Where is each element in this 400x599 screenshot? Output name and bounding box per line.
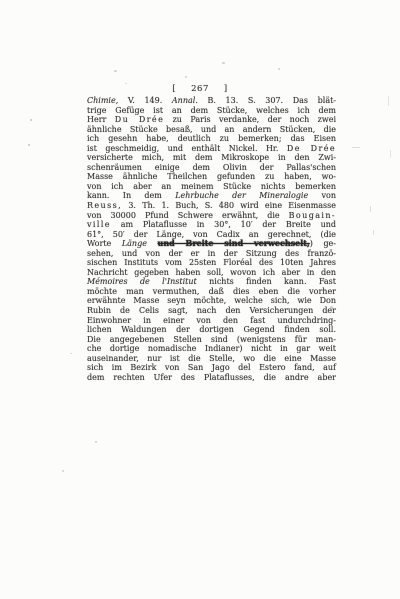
text-segment: sich im Bezirk von San Jago del Estero f…: [87, 363, 336, 372]
margin-smudge: [352, 147, 360, 148]
text-segment: Rubin de Celis sagt, nach den Versicheru…: [87, 306, 336, 315]
text-segment: Nachricht gegeben haben soll, wovon ich …: [87, 268, 336, 277]
text-segment: und Breite sind verwechselt,: [158, 238, 310, 248]
text-segment: ich gesehn habe, deutlich zu bemerken; d…: [87, 134, 336, 143]
ink-speck: [330, 306, 333, 309]
page-header: [267]: [0, 84, 400, 94]
header-bracket-close: ]: [224, 84, 228, 94]
text-line: Nachricht gegeben haben soll, wovon ich …: [87, 268, 336, 278]
text-line: ich gesehn habe, deutlich zu bemerken; d…: [87, 134, 336, 144]
text-line: kann. In dem Lehrbuche der Mineralogie v…: [87, 191, 336, 201]
text-segment: Masse ähnliche Theilchen gefunden zu hab…: [87, 172, 336, 181]
text-line: auseinander, nur ist die Stelle, wo die …: [87, 354, 336, 364]
scanned-book-page: [267] Chimie, V. 149. Annal. B. 13. S. 3…: [0, 0, 400, 599]
text-line: dem rechten Ufer des Plataflusses, die a…: [87, 373, 336, 383]
ink-speck: [278, 68, 280, 70]
text-segment: von 30000 Pfund Schwere erwähnt, die: [87, 211, 289, 220]
text-line: lichen Waldungen der dortigen Gegend fin…: [87, 325, 336, 335]
text-line: Rubin de Celis sagt, nach den Versicheru…: [87, 306, 336, 316]
ink-speck: [95, 441, 97, 443]
text-segment: am Plataflusse in 30°, 10′ der Breite un…: [111, 220, 336, 229]
text-line: von 30000 Pfund Schwere erwähnt, die Bou…: [87, 211, 336, 221]
text-segment: De Drée: [287, 144, 336, 153]
text-segment: Du Drée: [115, 115, 164, 124]
text-segment: Annal.: [172, 96, 198, 105]
page-edge-mark: [390, 150, 391, 158]
text-line: möchte man vermuthen, daß dies eben die …: [87, 287, 336, 297]
text-line: Die angegebenen Stellen sind (wenigstens…: [87, 335, 336, 345]
text-line: schenräumen einige dem Olivin der Pallas…: [87, 163, 336, 173]
text-segment: ) ge-: [310, 239, 336, 248]
text-line: erwähnte Masse seyn möchte, welche sich,…: [87, 296, 336, 306]
text-line: Herr Du Drée zu Paris verdanke, der noch…: [87, 115, 336, 125]
text-segment: B. 13. S. 307. Das blät-: [198, 96, 336, 105]
text-segment: Herr: [87, 115, 115, 124]
text-segment: zu Paris verdanke, der noch zwei: [164, 115, 336, 124]
text-line: sischen Instituts vom 25sten Floréal des…: [87, 258, 336, 268]
text-segment: che dortige nomadische Indianer) nicht i…: [87, 344, 336, 353]
text-line: ville am Plataflusse in 30°, 10′ der Bre…: [87, 220, 336, 230]
text-line: sich im Bezirk von San Jago del Estero f…: [87, 363, 336, 373]
text-line: trige Gefüge ist an dem Stücke, welches …: [87, 106, 336, 116]
text-segment: Chimie,: [87, 96, 118, 105]
text-line: von ich aber an meinem Stücke nichts bem…: [87, 182, 336, 192]
page-edge-mark: [388, 96, 389, 106]
text-segment: erwähnte Masse seyn möchte, welche sich,…: [87, 296, 336, 305]
text-line: ist geschmeidig, und enthält Nickel. Hr.…: [87, 144, 336, 154]
text-segment: auseinander, nur ist die Stelle, wo die …: [87, 354, 336, 363]
ink-speck: [62, 470, 64, 472]
text-segment: 3. Th. 1. Buch, S. 480 wird eine Eisenma…: [122, 201, 336, 210]
text-segment: schenräumen einige dem Olivin der Pallas…: [87, 163, 336, 172]
margin-smudge: [373, 230, 374, 235]
text-line: ähnliche Stücke besaß, und an andern Stü…: [87, 125, 336, 135]
text-segment: von: [308, 191, 336, 200]
text-segment: ist geschmeidig, und enthält Nickel. Hr.: [87, 144, 287, 153]
ink-speck: [185, 76, 187, 78]
text-segment: kann. In dem: [87, 191, 175, 200]
text-line: versicherte mich, mit dem Mikroskope in …: [87, 153, 336, 163]
text-segment: nichts finden kann. Fast: [197, 277, 336, 286]
text-segment: [147, 239, 158, 248]
text-line: Masse ähnliche Theilchen gefunden zu hab…: [87, 172, 336, 182]
text-segment: ähnliche Stücke besaß, und an andern Stü…: [87, 125, 336, 134]
text-line: Einwohner in einer von den fast undurchd…: [87, 316, 336, 326]
text-segment: Lehrbuche der Mineralogie: [175, 191, 308, 200]
text-segment: möchte man vermuthen, daß dies eben die …: [87, 287, 336, 296]
text-line: sehen, und von der er in der Sitzung des…: [87, 249, 336, 259]
ink-speck: [125, 83, 127, 84]
text-segment: V. 149.: [118, 96, 172, 105]
margin-smudge: [370, 206, 371, 212]
header-bracket-open: [: [172, 84, 176, 94]
text-line: che dortige nomadische Indianer) nicht i…: [87, 344, 336, 354]
page-number: 267: [191, 84, 209, 94]
text-segment: sehen, und von der er in der Sitzung des…: [87, 249, 336, 258]
text-segment: trige Gefüge ist an dem Stücke, welches …: [87, 106, 336, 115]
text-segment: dem rechten Ufer des Plataflusses, die a…: [87, 373, 336, 382]
ink-speck: [28, 144, 30, 146]
text-line: Reuss, 3. Th. 1. Buch, S. 480 wird eine …: [87, 201, 336, 211]
text-segment: von ich aber an meinem Stücke nichts bem…: [87, 182, 336, 191]
text-segment: Die angegebenen Stellen sind (wenigstens…: [87, 335, 336, 344]
text-segment: lichen Waldungen der dortigen Gegend fin…: [87, 325, 336, 334]
text-line: Chimie, V. 149. Annal. B. 13. S. 307. Da…: [87, 96, 336, 106]
text-segment: Mémoires de l'Institut: [87, 277, 197, 286]
text-block: Chimie, V. 149. Annal. B. 13. S. 307. Da…: [87, 96, 336, 382]
text-line: Mémoires de l'Institut nichts finden kan…: [87, 277, 336, 287]
text-segment: Worte: [87, 239, 122, 248]
text-segment: versicherte mich, mit dem Mikroskope in …: [87, 153, 336, 162]
text-segment: ville: [87, 220, 111, 229]
ink-speck: [222, 62, 225, 64]
text-segment: Reuss,: [87, 201, 122, 210]
text-segment: Einwohner in einer von den fast undurchd…: [87, 316, 336, 325]
text-segment: Bougain-: [289, 211, 336, 220]
text-line: Worte Länge und Breite sind verwechselt,…: [87, 239, 336, 249]
text-segment: Länge: [122, 239, 147, 248]
ink-speck: [114, 70, 117, 72]
text-segment: sischen Instituts vom 25sten Floréal des…: [87, 258, 336, 267]
ink-speck: [70, 353, 72, 354]
ink-speck: [30, 119, 32, 121]
